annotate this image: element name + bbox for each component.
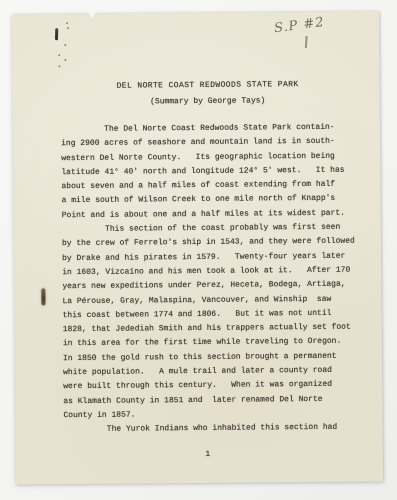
typed-line: as Klamath County in 1851 and later rena…	[63, 392, 363, 409]
scan-background: { "colors": { "paper": "#e9e4d3", "ink":…	[0, 0, 397, 500]
document-body: The Del Norte Coast Redwoods State Park …	[61, 121, 364, 438]
typed-line: The Yurok Indians who inhabited this sec…	[64, 421, 364, 438]
pencil-stroke	[305, 36, 307, 48]
pencil-speck	[58, 65, 60, 67]
paper-tear	[88, 12, 96, 19]
pencil-speck	[64, 59, 66, 61]
document-page: S.P #2 DEL NORTE COAST REDWOODS STATE PA…	[12, 11, 383, 484]
pencil-speck	[67, 27, 69, 29]
staple-icon	[41, 288, 45, 305]
pencil-speck	[58, 54, 60, 56]
document-title: DEL NORTE COAST REDWOODS STATE PARK	[61, 80, 355, 92]
title-block: DEL NORTE COAST REDWOODS STATE PARK (Sum…	[61, 80, 355, 108]
pencil-speck	[64, 44, 66, 46]
handwritten-annotation: S.P #2	[273, 15, 325, 36]
document-byline: (Summary by George Tays)	[61, 96, 355, 108]
page-number: 1	[202, 450, 214, 459]
staple-icon	[55, 28, 58, 40]
pencil-speck	[66, 22, 68, 24]
